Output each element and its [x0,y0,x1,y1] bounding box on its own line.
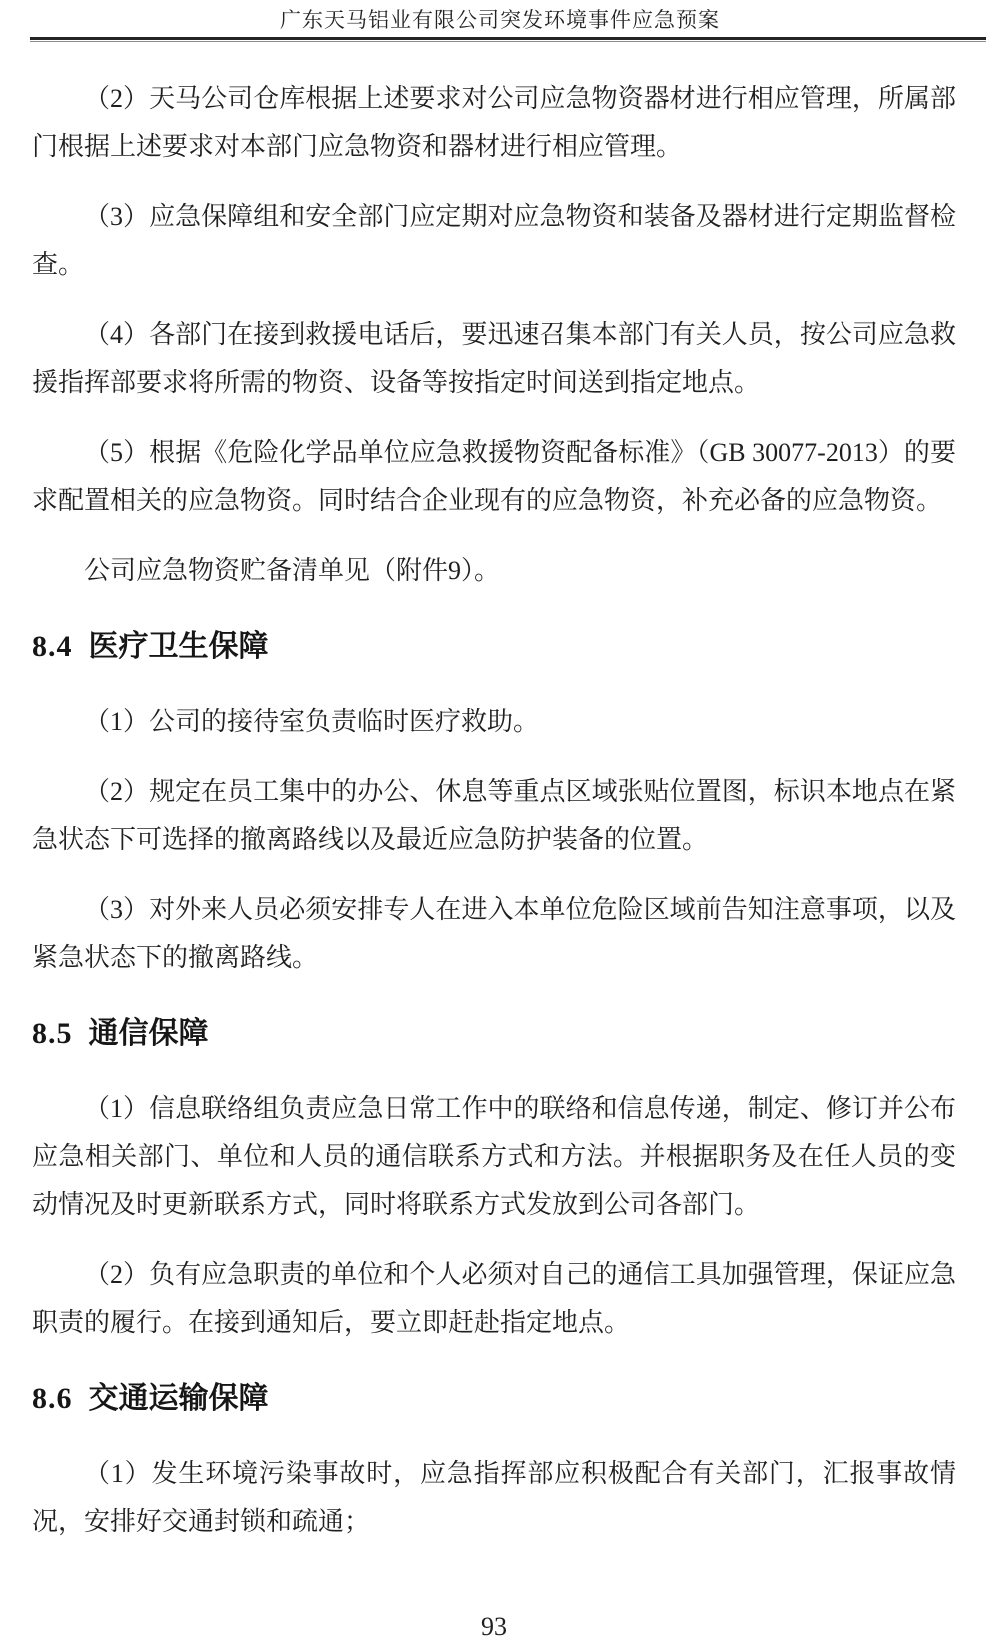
paragraph: 公司应急物资贮备清单见（附件9）。 [32,547,956,595]
section-number: 8.4 [32,630,73,663]
section-heading-8-6: 8.6交通运输保障 [32,1372,956,1426]
section-number: 8.5 [32,1017,73,1050]
section-heading-8-4: 8.4医疗卫生保障 [32,620,956,674]
paragraph: （1）信息联络组负责应急日常工作中的联络和信息传递，制定、修订并公布应急相关部门… [32,1085,956,1229]
paragraph: （3）对外来人员必须安排专人在进入本单位危险区域前告知注意事项，以及紧急状态下的… [32,886,956,982]
paragraph: （4）各部门在接到救援电话后，要迅速召集本部门有关人员，按公司应急救援指挥部要求… [32,311,956,407]
document-page: 广东天马铝业有限公司突发环境事件应急预案 （2）天马公司仓库根据上述要求对公司应… [0,0,1000,1647]
page-number: 93 [32,1612,956,1642]
paragraph: （2）负有应急职责的单位和个人必须对自己的通信工具加强管理，保证应急职责的履行。… [32,1251,956,1347]
paragraph: （5）根据《危险化学品单位应急救援物资配备标准》（GB 30077-2013）的… [32,429,956,525]
section-title: 通信保障 [89,1017,209,1050]
paragraph: （3）应急保障组和安全部门应定期对应急物资和装备及器材进行定期监督检查。 [32,193,956,289]
document-body: （2）天马公司仓库根据上述要求对公司应急物资器材进行相应管理，所属部门根据上述要… [0,42,1000,1546]
paragraph: （2）天马公司仓库根据上述要求对公司应急物资器材进行相应管理，所属部门根据上述要… [32,75,956,171]
paragraph: （2）规定在员工集中的办公、休息等重点区域张贴位置图，标识本地点在紧急状态下可选… [32,768,956,864]
paragraph: （1）发生环境污染事故时，应急指挥部应积极配合有关部门，汇报事故情况，安排好交通… [32,1450,956,1546]
page-header: 广东天马铝业有限公司突发环境事件应急预案 [0,0,1000,42]
paragraph: （1）公司的接待室负责临时医疗救助。 [32,698,956,746]
section-heading-8-5: 8.5通信保障 [32,1007,956,1061]
section-number: 8.6 [32,1382,73,1415]
section-title: 交通运输保障 [89,1382,269,1415]
section-title: 医疗卫生保障 [89,630,269,663]
header-title: 广东天马铝业有限公司突发环境事件应急预案 [0,7,1000,34]
